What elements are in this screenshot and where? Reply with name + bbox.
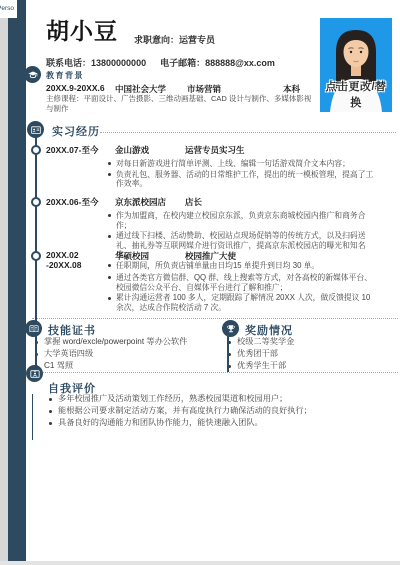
timeline-dot — [31, 251, 41, 261]
education-courses: 主修课程：平面设计、广告摄影、三维动画基础、CAD 设计与制作、多媒体影视与制作 — [46, 94, 318, 113]
skills-list: 掌握 word/excle/powerpoint 等办公软件 大学英语四级 C1… — [33, 336, 213, 372]
experience-role: 店长 — [185, 196, 202, 208]
corner-watermark-text: Perso — [0, 5, 14, 12]
education-period: 20XX.9-20XX.6 — [46, 83, 105, 93]
skill-item: 掌握 word/excle/powerpoint 等办公软件 — [33, 336, 213, 348]
experience-role: 校园推广大使 — [185, 250, 236, 270]
experience-bullet: 负责礼包、服务器、活动的日常维护工作，提出的统一模板管理，提高了工作效率。 — [107, 170, 375, 189]
trophy-icon — [222, 320, 239, 337]
experience-period: 20XX.06-至今 — [46, 196, 115, 208]
self-evaluation-item: 能根据公司要求制定活动方案，并有高度执行力确保活动的良好执行； — [49, 406, 342, 416]
contact-line: 联系电话：13800000000电子邮箱：888888@xx.com — [46, 56, 275, 69]
experience-period: 20XX.07-至今 — [46, 144, 115, 156]
dotted-separator — [32, 372, 398, 373]
profile-photo[interactable]: 点击更改/替换 — [320, 18, 392, 112]
section-title-education: 教育背景 — [46, 70, 84, 81]
skill-item: 大学英语四级 — [33, 348, 213, 360]
awards-list: 校级二等奖学金 优秀团干部 优秀学生干部 — [226, 336, 376, 372]
award-item: 优秀团干部 — [226, 348, 376, 360]
job-intention: 求职意向：运营专员 — [134, 33, 215, 46]
corner-watermark: Perso — [0, 0, 17, 18]
experience-bullet: 通过各类官方微信群、QQ 群、线上搜索等方式，对各高校的新媒体平台、校园微信公众… — [107, 273, 375, 292]
self-evaluation-item: 具备良好的沟通能力和团队协作能力，能快速融入团队。 — [49, 418, 342, 428]
experience-period: 20XX.02 -20XX.08 — [46, 250, 115, 270]
experience-role: 运营专员实习生 — [185, 144, 245, 156]
experience-bullet: 累计沟通运营者 100 多人，定期跟踪了解情况 20XX 人次，做反馈提议 10… — [107, 293, 375, 312]
candidate-name: 胡小豆 — [46, 13, 118, 46]
page-gutter-left — [0, 0, 8, 565]
timeline-dot — [31, 145, 41, 155]
id-card-icon — [27, 121, 44, 138]
phone-label: 联系电话： — [46, 58, 91, 68]
id-badge-icon — [26, 365, 43, 382]
award-item: 校级二等奖学金 — [226, 336, 376, 348]
left-accent-bar — [8, 0, 26, 561]
timeline-line — [227, 336, 229, 372]
dotted-leader — [100, 132, 396, 133]
page-gutter-bottom — [0, 561, 400, 565]
email-label: 电子邮箱： — [160, 58, 205, 68]
dotted-separator — [32, 318, 398, 319]
graduation-cap-icon — [24, 66, 41, 83]
award-item: 优秀学生干部 — [226, 360, 376, 372]
skill-item: C1 驾照 — [33, 360, 213, 372]
email-value: 888888@xx.com — [205, 58, 275, 68]
section-title-experience: 实习经历 — [52, 123, 100, 139]
timeline-dot — [31, 197, 41, 207]
experience-company: 华硕校园 — [115, 250, 185, 270]
self-evaluation-item: 多年校园推广及活动策划工作经历，熟悉校园渠道和校园用户； — [49, 394, 342, 404]
experience-company: 京东派校园店 — [115, 196, 185, 208]
education-row: 20XX.9-20XX.6 中国社会大学 市场营销 本科 — [46, 83, 376, 93]
experience-company: 金山游戏 — [115, 144, 185, 156]
self-evaluation-block: 多年校园推广及活动策划工作经历，熟悉校园渠道和校园用户； 能根据公司要求制定活动… — [32, 394, 342, 440]
self-evaluation-list: 多年校园推广及活动策划工作经历，熟悉校园渠道和校园用户； 能根据公司要求制定活动… — [49, 394, 342, 429]
experience-item: 20XX.07-至今 金山游戏 运营专员实习生 对每日新游戏进行简单评测、上线、… — [46, 144, 394, 190]
experience-item: 20XX.02 -20XX.08 华硕校园 校园推广大使 通过各类官方微信群、Q… — [46, 250, 394, 313]
certificate-icon — [25, 320, 42, 337]
experience-bullet: 对每日新游戏进行简单评测、上线、编辑一句话游戏简介文本内容； — [107, 159, 375, 169]
phone-value: 13800000000 — [91, 58, 146, 68]
experience-bullet: 作为加盟商，在校内建立校园京东派，负责京东商城校园内推广和商务合作； — [107, 211, 375, 230]
